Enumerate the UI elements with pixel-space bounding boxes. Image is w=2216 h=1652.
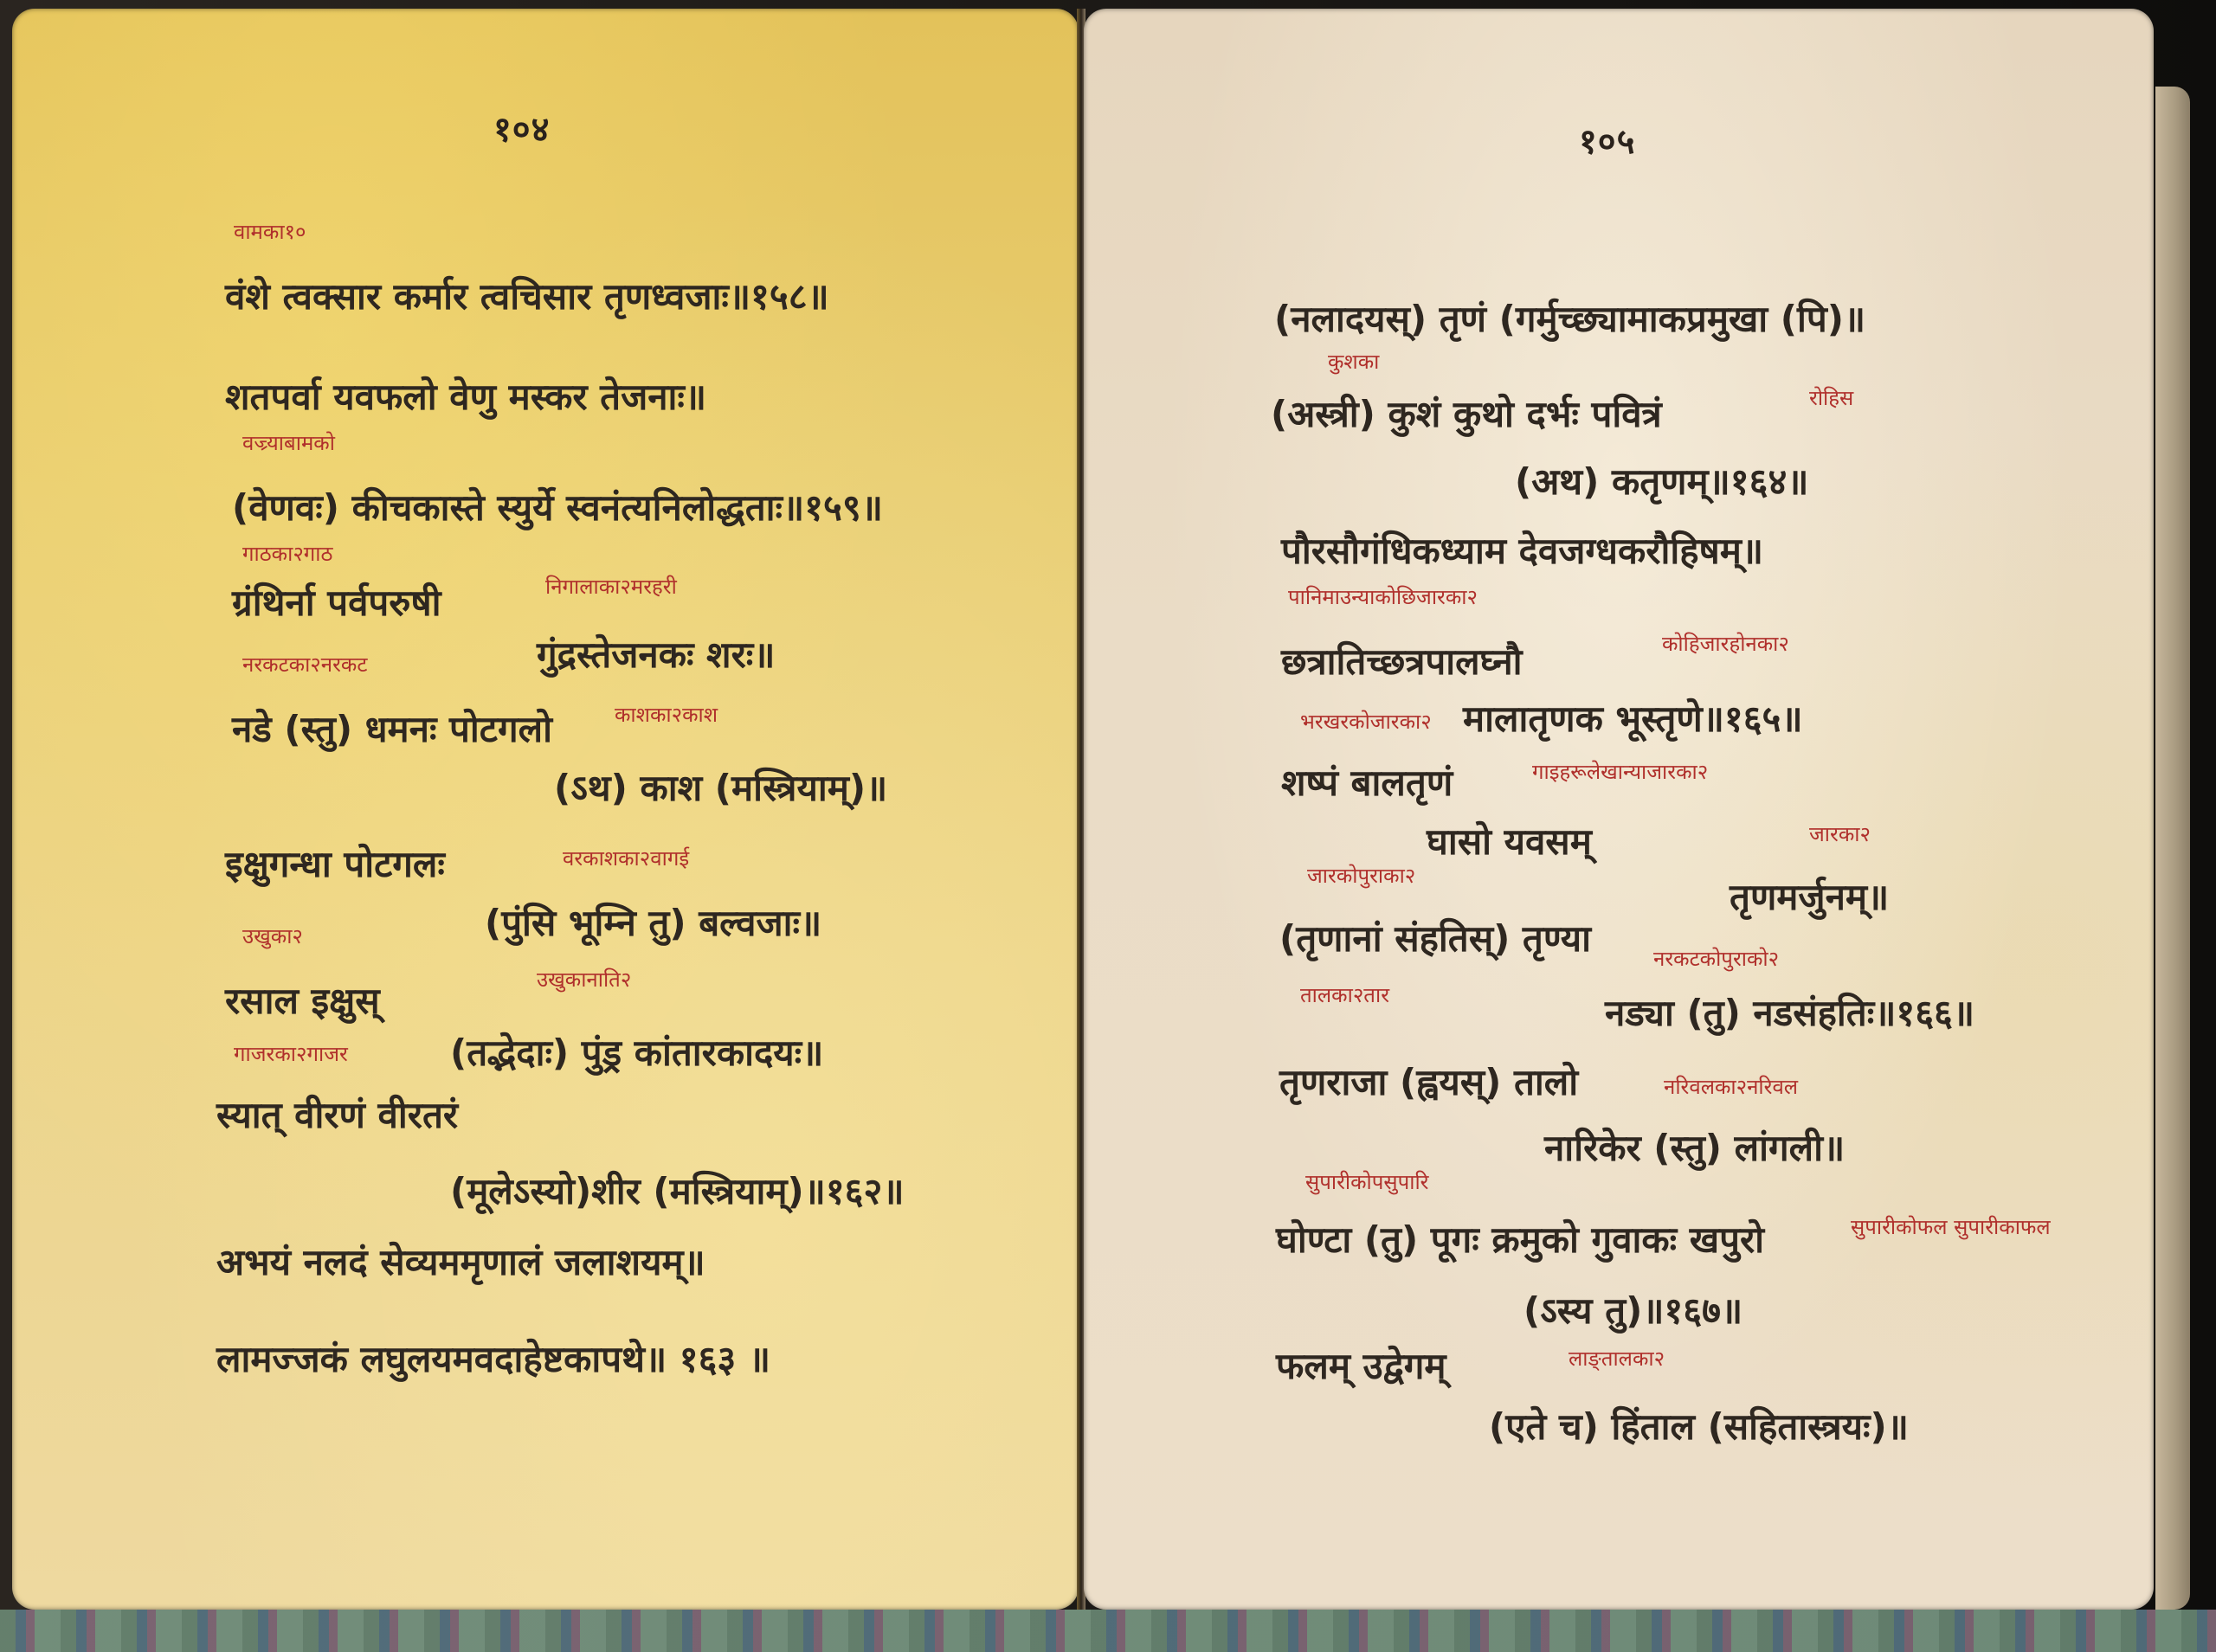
verse-line: मालातृणक भूस्तृणे॥१६५॥ bbox=[1463, 701, 1803, 737]
verse-line: (मूलेऽस्यो)शीर (मस्त्रियाम्)॥१६२॥ bbox=[450, 1173, 905, 1210]
gloss-annotation: नरकटका२नरकट bbox=[242, 654, 367, 675]
right-page: १०५ (नलादयस्) तृणं (गर्मुच्छ्यामाकप्रमुख… bbox=[1084, 9, 2154, 1610]
verse-line: (नलादयस्) तृणं (गर्मुच्छ्यामाकप्रमुखा (प… bbox=[1274, 301, 1865, 337]
gloss-annotation: गाठका२गाठ bbox=[242, 543, 332, 564]
verse-line: नडे (स्तु) धमनः पोटगलो bbox=[232, 711, 552, 748]
gloss-annotation: काशका२काश bbox=[615, 704, 718, 725]
verse-line: नड्या (तु) नडसंहतिः॥१६६॥ bbox=[1605, 995, 1974, 1032]
page-number: १०५ bbox=[1579, 116, 1635, 164]
verse-line: इक्षुगन्धा पोटगलः bbox=[225, 846, 445, 883]
verse-line: शष्पं बालतृणं bbox=[1281, 765, 1453, 801]
page-number: १०४ bbox=[493, 104, 550, 151]
verse-line: (तृणानां संहतिस्) तृण्या bbox=[1279, 921, 1591, 957]
verse-line: (ऽथ) काश (मस्त्रियाम्)॥ bbox=[554, 770, 887, 807]
gloss-annotation: सुपारीकोपसुपारि bbox=[1305, 1172, 1429, 1192]
gloss-annotation: वामका१० bbox=[234, 222, 306, 242]
verse-line: घासो यवसम् bbox=[1427, 824, 1592, 860]
verse-line: नारिकेर (स्तु) लांगली॥ bbox=[1544, 1130, 1845, 1167]
gloss-annotation: उखुकानाति२ bbox=[537, 969, 631, 990]
gloss-annotation: पानिमाउन्याकोछिजारका२ bbox=[1288, 587, 1478, 607]
gloss-annotation: गाइहरूलेखान्याजारका२ bbox=[1532, 762, 1708, 782]
gloss-annotation: भरखरकोजारका२ bbox=[1300, 711, 1432, 732]
verse-line: शतपर्वा यवफलो वेणु मस्कर तेजनाः॥ bbox=[225, 379, 706, 415]
verse-line: तृणमर्जुनम्॥ bbox=[1730, 879, 1889, 916]
verse-line: गुंद्रस्तेजनकः शरः॥ bbox=[537, 637, 775, 673]
gloss-annotation: लाङ्तालका२ bbox=[1569, 1348, 1665, 1369]
verse-line: (ऽस्य तु)॥१६७॥ bbox=[1523, 1293, 1743, 1329]
gloss-annotation: वज्र्याबामको bbox=[242, 433, 335, 453]
verse-line: (एते च) हिंताल (सहितास्त्रयः)॥ bbox=[1489, 1409, 1909, 1445]
gloss-annotation: जारकोपुराका२ bbox=[1307, 865, 1415, 886]
verse-line: घोण्टा (तु) पूगः क्रमुको गुवाकः खपुरो bbox=[1276, 1222, 1764, 1258]
gloss-annotation: कोहिजारहोनका२ bbox=[1662, 633, 1789, 654]
gloss-annotation: कुशका bbox=[1328, 351, 1379, 372]
gloss-annotation: जारका२ bbox=[1809, 824, 1871, 845]
verse-line: रसाल इक्षुस् bbox=[225, 983, 380, 1019]
gloss-annotation: नरिवलका२नरिवल bbox=[1664, 1077, 1798, 1097]
verse-line: (वेणवः) कीचकास्ते स्युर्ये स्वनंत्यनिलोद… bbox=[232, 490, 883, 526]
verse-line: (अस्त्री) कुशं कुथो दर्भः पवित्रं bbox=[1271, 396, 1662, 433]
verse-line: (पुंसि भूम्नि तु) बल्वजाः॥ bbox=[485, 905, 821, 942]
verse-line: स्यात् वीरणं वीरतरं bbox=[216, 1097, 458, 1134]
verse-line: (अथ) कतृणम्॥१६४॥ bbox=[1515, 464, 1808, 500]
verse-line: वंशे त्वक्सार कर्मार त्वचिसार तृणध्वजाः॥… bbox=[225, 279, 829, 315]
verse-line: छत्रातिच्छत्रपालघ्नौ bbox=[1281, 644, 1523, 680]
verse-line: फलम् उद्वेगम् bbox=[1276, 1348, 1446, 1385]
verse-line: पौरसौगंधिकध्याम देवजग्धकरौहिषम्॥ bbox=[1281, 533, 1763, 569]
cloth-underlay bbox=[0, 1610, 2216, 1652]
verse-line: (तद्भेदाः) पुंड्र कांतारकादयः॥ bbox=[450, 1035, 823, 1071]
gloss-annotation: वरकाशका२वागई bbox=[563, 848, 689, 869]
gloss-annotation: तालका२तार bbox=[1300, 985, 1389, 1006]
verse-line: अभयं नलदं सेव्यममृणालं जलाशयम्॥ bbox=[216, 1244, 705, 1281]
verse-line: ग्रंथिर्ना पर्वपरुषी bbox=[232, 585, 441, 621]
gloss-annotation: रोहिस bbox=[1809, 388, 1853, 408]
book-page-edges bbox=[2155, 87, 2190, 1610]
verse-line: तृणराजा (ह्वयस्) तालो bbox=[1279, 1064, 1578, 1101]
gloss-annotation: गाजरका२गाजर bbox=[234, 1044, 348, 1064]
left-page: १०४ वामका१० वंशे त्वक्सार कर्मार त्वचिसा… bbox=[12, 9, 1079, 1610]
gloss-annotation: नरकटकोपुराको२ bbox=[1653, 948, 1779, 969]
gloss-annotation: उखुका२ bbox=[242, 926, 303, 947]
gloss-annotation: सुपारीकोफल सुपारीकाफल bbox=[1851, 1217, 2051, 1237]
verse-line: लामज्जकं लघुलयमवदाहेष्टकापथे॥ १६३ ॥ bbox=[216, 1341, 770, 1378]
gloss-annotation: निगालाका२मरहरी bbox=[545, 576, 677, 597]
